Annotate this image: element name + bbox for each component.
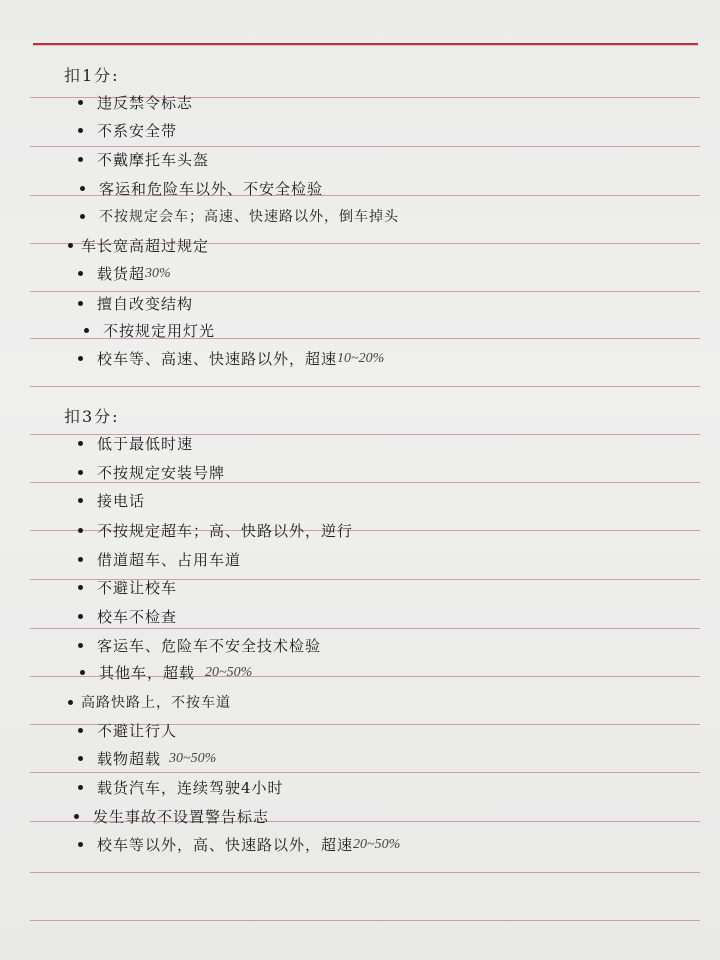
list-item: 车长宽高超过规定 — [68, 235, 209, 256]
list-item: 低于最低时速 — [78, 433, 193, 454]
list-item: 其他车，超载 20~50% — [80, 662, 252, 683]
list-item: 发生事故不设置警告标志 — [74, 806, 269, 827]
bullet-icon — [78, 785, 83, 790]
bullet-icon — [78, 728, 83, 733]
ruled-line — [30, 291, 700, 292]
list-item: 高路快路上，不按车道 — [68, 692, 231, 712]
item-text: 发生事故不设置警告标志 — [93, 806, 269, 827]
item-text: 不避让行人 — [97, 720, 177, 741]
bullet-icon — [74, 814, 79, 819]
item-text: 客运车、危险车不安全技术检验 — [97, 635, 321, 656]
item-value: 30~50% — [169, 751, 216, 767]
list-item: 客运车、危险车不安全技术检验 — [78, 635, 321, 656]
list-item: 载物超载 30~50% — [78, 748, 216, 769]
list-item: 客运和危险车以外、不安全检验 — [80, 178, 323, 199]
bullet-icon — [78, 528, 83, 533]
ruled-line — [30, 920, 700, 921]
item-text: 不避让校车 — [97, 577, 177, 598]
item-value: 30% — [145, 266, 171, 282]
ruled-line — [30, 146, 700, 147]
item-text: 违反禁令标志 — [97, 92, 193, 113]
bullet-icon — [80, 214, 85, 219]
item-text: 客运和危险车以外、不安全检验 — [99, 178, 323, 199]
bullet-icon — [78, 301, 83, 306]
bullet-icon — [78, 498, 83, 503]
item-text: 低于最低时速 — [97, 433, 193, 454]
item-text: 不戴摩托车头盔 — [97, 149, 209, 170]
item-text: 高路快路上，不按车道 — [81, 692, 231, 712]
bullet-icon — [78, 470, 83, 475]
list-item: 违反禁令标志 — [78, 92, 193, 113]
item-text: 其他车，超载 — [99, 662, 195, 683]
bullet-icon — [78, 356, 83, 361]
bullet-icon — [80, 670, 85, 675]
item-text: 不按规定超车；高、快路以外，逆行 — [97, 520, 353, 541]
list-item: 不戴摩托车头盔 — [78, 149, 209, 170]
item-text: 擅自改变结构 — [97, 293, 193, 314]
top-red-rule — [33, 43, 698, 45]
list-item: 不系安全带 — [78, 120, 177, 141]
list-item: 载货超 30% — [78, 263, 171, 284]
bullet-icon — [78, 271, 83, 276]
item-text: 不按规定安装号牌 — [97, 462, 225, 483]
item-value: 10~20% — [337, 351, 384, 367]
list-item: 擅自改变结构 — [78, 293, 193, 314]
item-text: 校车等以外，高、快速路以外，超速 — [97, 834, 353, 855]
item-value: 20~50% — [353, 837, 400, 853]
bullet-icon — [68, 700, 73, 705]
list-item: 校车等以外，高、快速路以外，超速 20~50% — [78, 834, 400, 855]
item-text: 载货超 — [97, 263, 145, 284]
ruled-line — [30, 386, 700, 387]
item-text: 不按规定用灯光 — [103, 320, 215, 341]
bullet-icon — [78, 756, 83, 761]
ruled-line — [30, 872, 700, 873]
bullet-icon — [78, 614, 83, 619]
item-text: 校车等、高速、快速路以外，超速 — [97, 348, 337, 369]
bullet-icon — [78, 643, 83, 648]
list-item: 不避让行人 — [78, 720, 177, 741]
bullet-icon — [78, 585, 83, 590]
item-text: 借道超车、占用车道 — [97, 549, 241, 570]
item-text: 不系安全带 — [97, 120, 177, 141]
section-title-deduct-3: 扣3分: — [64, 404, 120, 427]
item-text: 不按规定会车；高速、快速路以外，倒车掉头 — [99, 206, 399, 226]
item-text: 校车不检查 — [97, 606, 177, 627]
bullet-icon — [78, 557, 83, 562]
item-text: 接电话 — [97, 490, 145, 511]
ruled-line — [30, 772, 700, 773]
bullet-icon — [68, 243, 73, 248]
list-item: 接电话 — [78, 490, 145, 511]
list-item: 校车等、高速、快速路以外，超速 10~20% — [78, 348, 384, 369]
bullet-icon — [78, 128, 83, 133]
notebook-page: 扣1分: 违反禁令标志 不系安全带 不戴摩托车头盔 客运和危险车以外、不安全检验… — [0, 0, 720, 960]
ruled-line — [30, 628, 700, 629]
section-title-deduct-1: 扣1分: — [64, 63, 120, 86]
list-item: 不按规定安装号牌 — [78, 462, 225, 483]
list-item: 校车不检查 — [78, 606, 177, 627]
item-text: 载物超载 — [97, 748, 161, 769]
item-text: 车长宽高超过规定 — [81, 235, 209, 256]
item-value: 20~50% — [205, 665, 252, 681]
bullet-icon — [78, 100, 83, 105]
bullet-icon — [78, 842, 83, 847]
list-item: 不避让校车 — [78, 577, 177, 598]
list-item: 借道超车、占用车道 — [78, 549, 241, 570]
bullet-icon — [78, 157, 83, 162]
bullet-icon — [78, 441, 83, 446]
list-item: 不按规定会车；高速、快速路以外，倒车掉头 — [80, 206, 399, 226]
item-text: 载货汽车，连续驾驶4小时 — [97, 777, 284, 798]
list-item: 不按规定用灯光 — [84, 320, 215, 341]
bullet-icon — [84, 328, 89, 333]
bullet-icon — [80, 186, 85, 191]
list-item: 不按规定超车；高、快路以外，逆行 — [78, 520, 353, 541]
list-item: 载货汽车，连续驾驶4小时 — [78, 777, 284, 798]
